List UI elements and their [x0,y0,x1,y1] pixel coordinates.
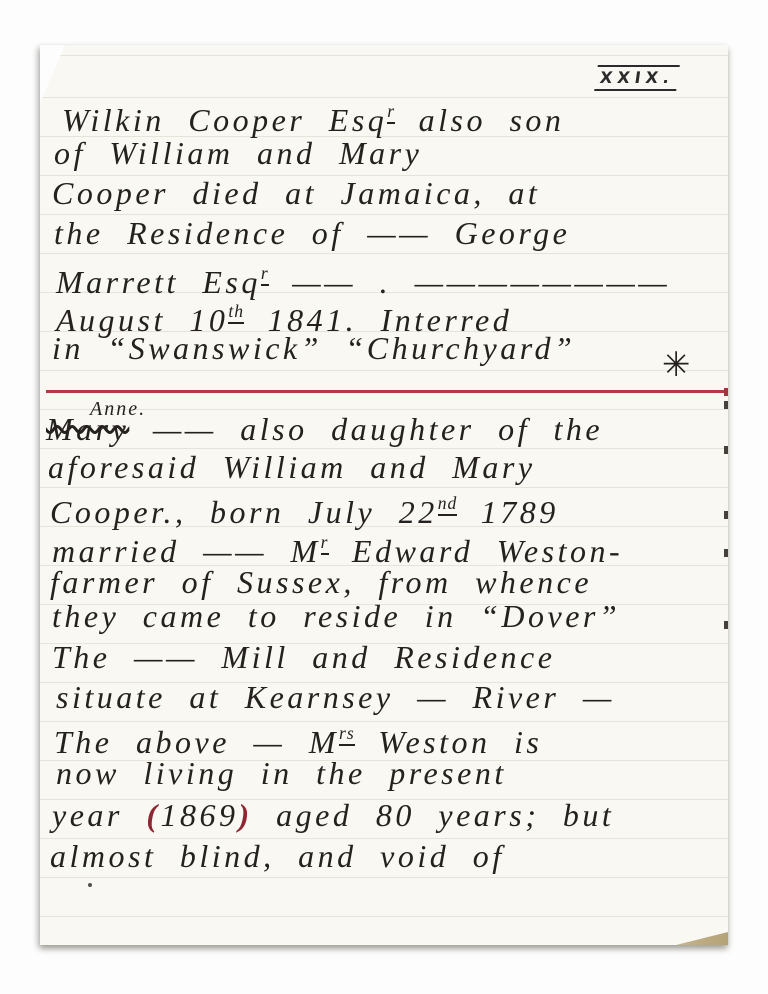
binding-mark [724,401,728,409]
superscript: th [228,301,244,324]
binding-mark [724,621,728,629]
manuscript-paper: XXIX. Wilkin Cooper Esqr also son of Wil… [40,45,728,945]
asterisk-mark: ✳ [662,345,691,385]
handwritten-line-8: Anne.Mary —— also daughter of the [46,409,603,449]
ink-dot [88,883,92,887]
scanned-page: XXIX. Wilkin Cooper Esqr also son of Wil… [0,0,768,994]
superscript: r [321,532,329,555]
section-divider-red-line [46,390,726,393]
under-page-corner [676,932,728,945]
superscript: rs [339,723,355,746]
binding-mark [724,511,728,519]
handwritten-line-2: of William and Mary [54,133,422,173]
handwritten-line-9: aforesaid William and Mary [48,447,536,487]
handwritten-line-17: now living in the present [56,753,507,793]
handwritten-line-19: almost blind, and void of [50,836,505,876]
red-paren-close: ) [239,797,253,833]
handwritten-line-15: situate at Kearnsey — River — [56,677,615,717]
binding-mark [724,446,728,454]
text-segment: year [52,797,146,833]
red-paren-open: ( [146,797,160,833]
text-segment: 1869 [161,797,239,833]
handwritten-line-18: year (1869) aged 80 years; but [52,795,614,835]
binding-mark [724,549,728,557]
handwritten-line-4: the Residence of —— George [54,213,570,253]
handwritten-line-7: in “Swanswick” “Churchyard” [52,328,575,368]
superscript: r [261,263,269,286]
inserted-correction: Anne. [90,389,146,429]
binding-mark [724,388,728,396]
handwritten-line-14: The —— Mill and Residence [52,637,555,677]
page-number: XXIX. [594,65,680,91]
superscript: nd [438,493,458,516]
superscript: r [387,101,395,124]
text-segment: aged 80 years; but [253,797,615,833]
handwritten-line-3: Cooper died at Jamaica, at [52,173,540,213]
text-segment: —— also daughter of the [129,411,603,447]
handwritten-line-13: they came to reside in “Dover” [52,596,620,636]
